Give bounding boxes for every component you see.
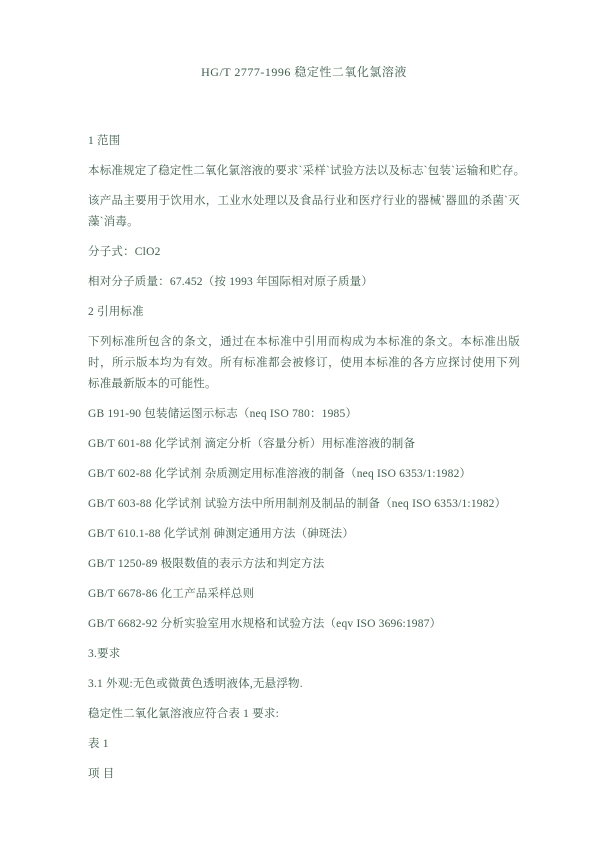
para-reference-gbt-6682-92: GB/T 6682-92 分析实验室用水规格和试验方法（eqv ISO 3696… bbox=[88, 614, 520, 635]
para-reference-gbt-602-88: GB/T 602-88 化学试剂 杂质测定用标准溶液的制备（neq ISO 63… bbox=[88, 464, 520, 485]
para-relative-molecular-mass: 相对分子质量：67.452（按 1993 年国际相对原子质量） bbox=[88, 272, 520, 293]
document-title: HG/T 2777-1996 稳定性二氧化氯溶液 bbox=[88, 62, 520, 83]
para-table1-item-header: 项 目 bbox=[88, 764, 520, 785]
section-heading-references: 2 引用标准 bbox=[88, 302, 520, 323]
para-reference-gbt-603-88: GB/T 603-88 化学试剂 试验方法中所用制剂及制品的制备（neq ISO… bbox=[88, 494, 520, 515]
para-table1-label: 表 1 bbox=[88, 734, 520, 755]
para-reference-gbt-6678-86: GB/T 6678-86 化工产品采样总则 bbox=[88, 584, 520, 605]
section-heading-requirements: 3.要求 bbox=[88, 644, 520, 665]
para-product-use: 该产品主要用于饮用水，工业水处理以及食品行业和医疗行业的器械`器皿的杀菌`灭藻`… bbox=[88, 191, 520, 233]
para-table1-intro: 稳定性二氧化氯溶液应符合表 1 要求: bbox=[88, 704, 520, 725]
para-reference-gbt-601-88: GB/T 601-88 化学试剂 滴定分析（容量分析）用标准溶液的制备 bbox=[88, 434, 520, 455]
document-body: 1 范围 本标准规定了稳定性二氧化氯溶液的要求`采样`试验方法以及标志`包装`运… bbox=[88, 131, 520, 785]
para-appearance-requirement: 3.1 外观:无色或微黄色透明液体,无悬浮物. bbox=[88, 674, 520, 695]
para-molecular-formula: 分子式：ClO2 bbox=[88, 242, 520, 263]
section-heading-scope: 1 范围 bbox=[88, 131, 520, 152]
para-references-intro: 下列标准所包含的条文，通过在本标准中引用而构成为本标准的条文。本标准出版时，所示… bbox=[88, 332, 520, 395]
para-reference-gbt-1250-89: GB/T 1250-89 极限数值的表示方法和判定方法 bbox=[88, 554, 520, 575]
para-reference-gbt-610-1-88: GB/T 610.1-88 化学试剂 砷测定通用方法（砷斑法） bbox=[88, 524, 520, 545]
document-page: HG/T 2777-1996 稳定性二氧化氯溶液 1 范围 本标准规定了稳定性二… bbox=[0, 0, 600, 849]
para-scope-statement: 本标准规定了稳定性二氧化氯溶液的要求`采样`试验方法以及标志`包装`运输和贮存。 bbox=[88, 161, 520, 182]
para-reference-gb-191-90: GB 191-90 包装储运图示标志（neq ISO 780：1985） bbox=[88, 404, 520, 425]
